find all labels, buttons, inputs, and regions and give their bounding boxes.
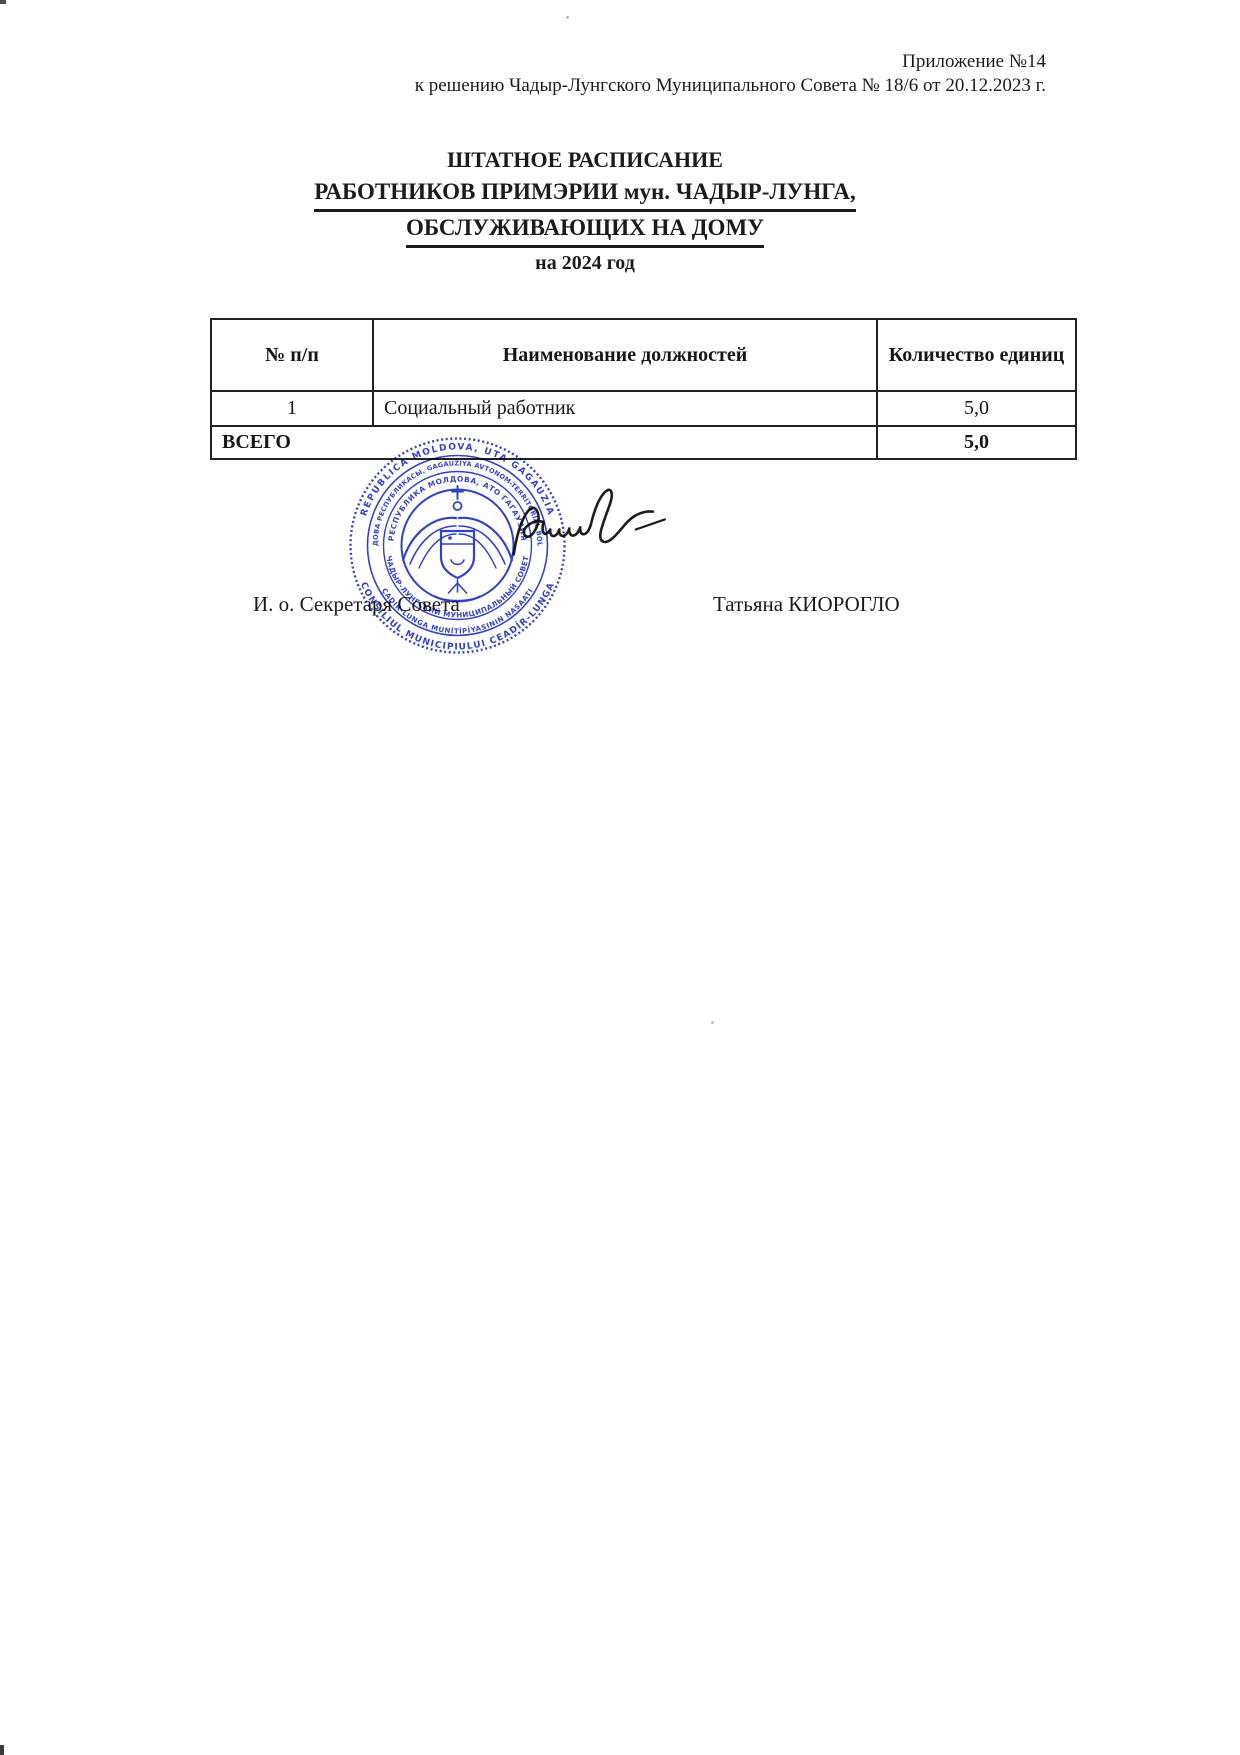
title-line-1: ШТАТНОЕ РАСПИСАНИЕ (0, 144, 1170, 176)
handwritten-signature (501, 473, 684, 576)
scan-speck-top-left (0, 0, 6, 4)
scan-dot-top (566, 16, 569, 19)
row-position-cell: Социальный работник (373, 391, 877, 426)
title-line-2: РАБОТНИКОВ ПРИМЭРИИ мун. ЧАДЫР-ЛУНГА, (0, 176, 1170, 212)
scan-speck-bottom-left (0, 1745, 4, 1755)
table-row: 1 Социальный работник 5,0 (211, 391, 1076, 426)
row-units-cell: 5,0 (877, 391, 1076, 426)
col-header-number: № п/п (211, 319, 373, 391)
total-units-cell: 5,0 (877, 426, 1076, 459)
annex-line1: Приложение №14 (415, 50, 1046, 74)
col-header-units: Количество единиц (877, 319, 1076, 391)
scan-dot-middle (711, 1021, 714, 1024)
document-title: ШТАТНОЕ РАСПИСАНИЕ РАБОТНИКОВ ПРИМЭРИИ м… (0, 144, 1170, 278)
col-header-position: Наименование должностей (373, 319, 877, 391)
annex-note: Приложение №14 к решению Чадыр-Лунгского… (415, 50, 1046, 98)
signatory-name: Татьяна КИОРОГЛО (713, 592, 900, 617)
document-page: Приложение №14 к решению Чадыр-Лунгского… (0, 0, 1240, 1755)
row-number-cell: 1 (211, 391, 373, 426)
table-header-row: № п/п Наименование должностей Количество… (211, 319, 1076, 391)
annex-line2: к решению Чадыр-Лунгского Муниципального… (415, 74, 1046, 98)
title-line-3: ОБСЛУЖИВАЮЩИХ НА ДОМУ (0, 212, 1170, 248)
title-line-4: на 2024 год (0, 248, 1170, 278)
